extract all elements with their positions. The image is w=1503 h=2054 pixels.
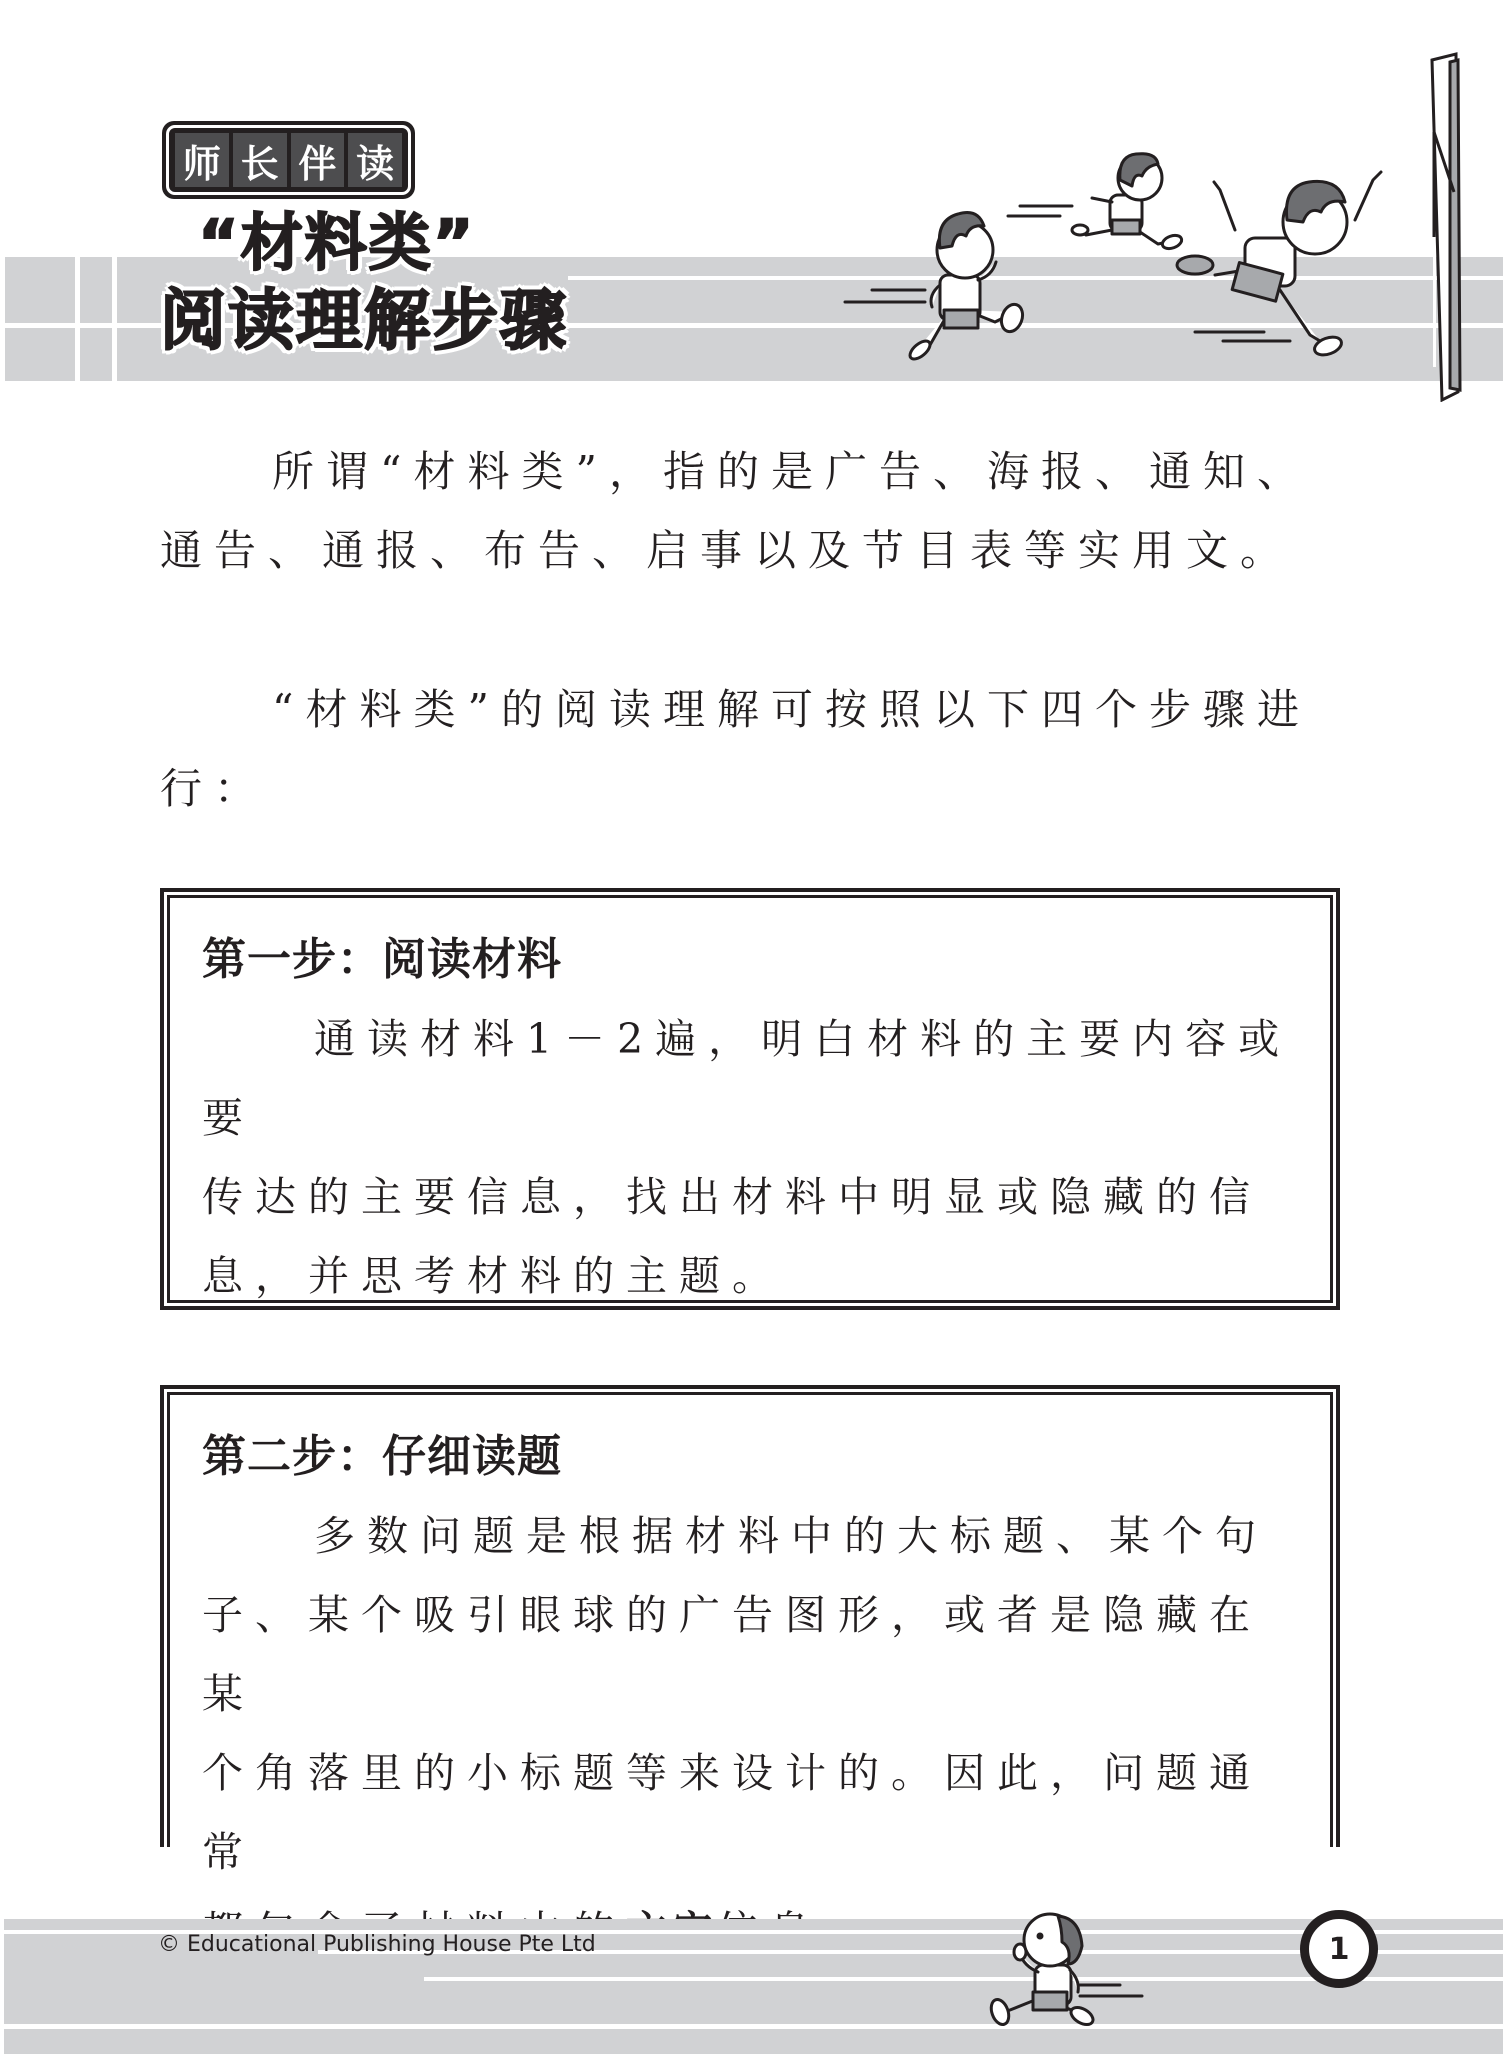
step-2-box: 第二步：仔细读题 多数问题是根据材料中的大标题、某个句 子、某个吸引眼球的广告图… [160,1385,1340,1847]
step-text-line: 传达的主要信息，找出材料中明显或隐藏的信 [202,1173,1262,1221]
finish-line-post-icon [1428,52,1468,402]
intro-paragraph-2: “材料类”的阅读理解可按照以下四个步骤进 行： [160,670,1350,828]
badge-char: 读 [348,133,402,187]
page-title-line-1: “材料类” [198,208,476,278]
badge-char: 师 [175,133,229,187]
copyright-text: © Educational Publishing House Pte Ltd [158,1932,596,1957]
step-1-box: 第一步：阅读材料 通读材料1－2遍，明白材料的主要内容或要 传达的主要信息，找出… [160,888,1340,1310]
badge-char: 伴 [291,133,345,187]
step-2-title: 第二步：仔细读题 [202,1429,1306,1485]
intro-paragraph-1: 所谓“材料类”，指的是广告、海报、通知、 通告、通报、布告、启事以及节目表等实用… [160,432,1350,590]
step-text-line: 子、某个吸引眼球的广告图形，或者是隐藏在某 [202,1591,1262,1718]
step-text-line: 个角落里的小标题等来设计的。因此，问题通常 [202,1749,1262,1876]
footer-band-line [0,2024,1503,2029]
step-text-line: 多数问题是根据材料中的大标题、某个句 [314,1512,1268,1560]
step-1-box-inner: 第一步：阅读材料 通读材料1－2遍，明白材料的主要内容或要 传达的主要信息，找出… [167,895,1333,1303]
boy-running-icon [930,1900,1170,2030]
intro-text: 通告、通报、布告、启事以及节目表等实用文。 [160,526,1294,575]
page-title-line-2: 阅读理解步骤 [160,283,568,359]
page-number: 1 [1300,1910,1378,1988]
intro-text: 所谓“材料类”，指的是广告、海报、通知、 [272,447,1311,496]
intro-text: “材料类”的阅读理解可按照以下四个步骤进 [272,685,1311,734]
header-band-divider [112,257,117,381]
three-boys-running-race-icon [840,150,1440,380]
intro-text: 行： [160,764,268,813]
section-badge: 师 长 伴 读 [162,121,415,199]
badge-char: 长 [233,133,287,187]
step-2-box-inner: 第二步：仔细读题 多数问题是根据材料中的大标题、某个句 子、某个吸引眼球的广告图… [167,1392,1333,1847]
step-text-line: 息，并思考材料的主题。 [202,1252,785,1300]
step-1-title: 第一步：阅读材料 [202,932,1306,988]
step-1-text: 通读材料1－2遍，明白材料的主要内容或要 传达的主要信息，找出材料中明显或隐藏的… [202,1000,1306,1316]
step-text-line: 通读材料1－2遍，明白材料的主要内容或要 [202,1015,1291,1142]
section-badge-inner: 师 长 伴 读 [166,125,411,195]
header-band-divider [75,257,80,381]
